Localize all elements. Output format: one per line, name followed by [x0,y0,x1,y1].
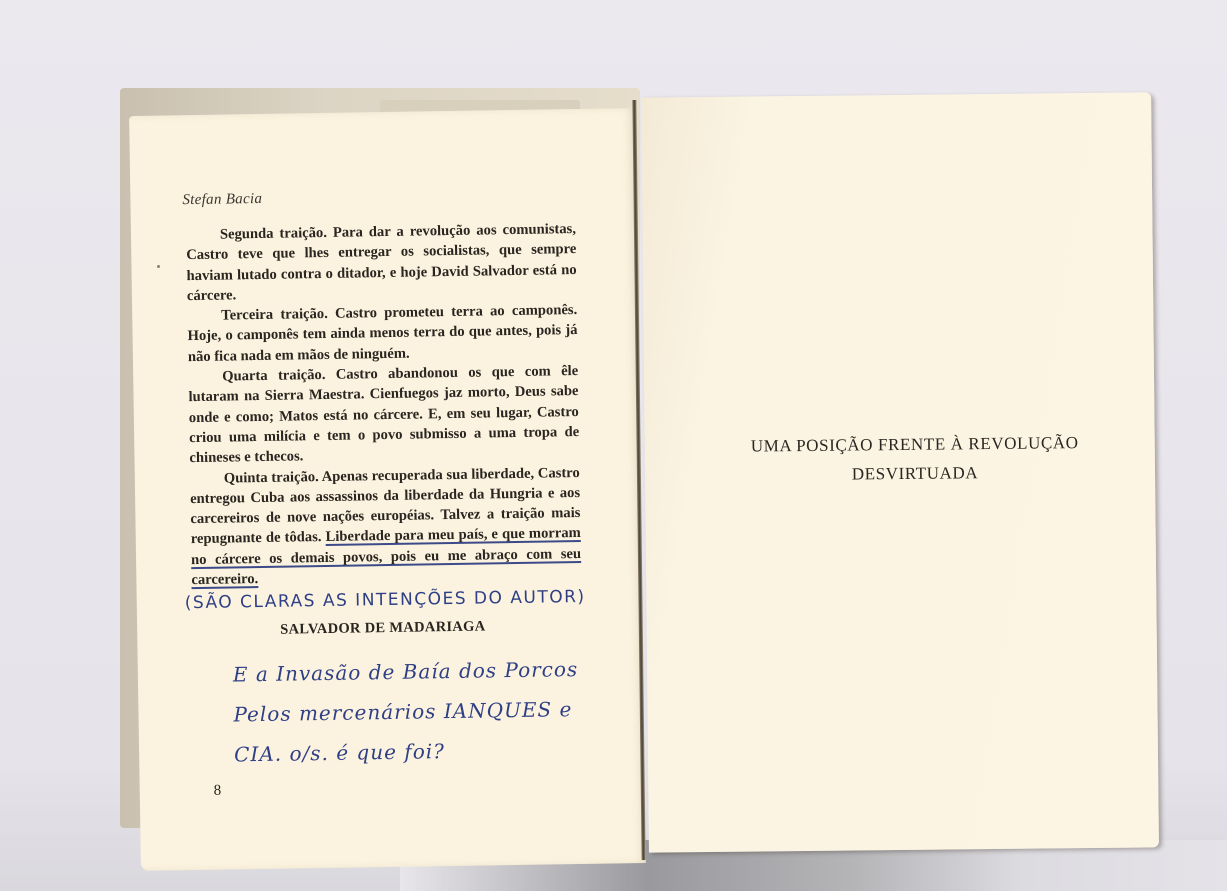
running-head-author: Stefan Bacia [182,191,262,209]
paragraph-quarta: Quarta traição. Castro abandonou os que … [188,361,580,469]
left-page: Stefan Bacia Segunda traição. Para dar a… [129,108,646,871]
body-text: Segunda traição. Para dar a revolução ao… [186,219,582,590]
handwritten-line: Pelos mercenários IANQUES e [233,689,579,734]
paragraph-terceira: Terceira traição. Castro prometeu terra … [187,300,578,367]
handwritten-line: CIA. o/s. é que foi? [234,729,580,774]
quote-attribution: SALVADOR DE MADARIAGA [280,618,486,638]
handwritten-annotation-2: E a Invasão de Baía dos Porcos Pelos mer… [233,649,580,774]
chapter-title-line-1: UMA POSIÇÃO FRENTE À REVOLUÇÃO [685,427,1145,461]
handwritten-line: E a Invasão de Baía dos Porcos [233,649,579,694]
margin-mark [157,265,160,268]
chapter-title: UMA POSIÇÃO FRENTE À REVOLUÇÃO DESVIRTUA… [685,427,1146,490]
right-page: UMA POSIÇÃO FRENTE À REVOLUÇÃO DESVIRTUA… [641,92,1159,852]
handwritten-annotation-1: (SÃO CLARAS AS INTENÇÕES DO AUTOR) [185,587,586,613]
page-number: 8 [214,783,222,800]
paragraph-segunda: Segunda traição. Para dar a revolução ao… [186,219,577,306]
chapter-title-line-2: DESVIRTUADA [685,456,1145,490]
paragraph-quinta: Quinta traição. Apenas recuperada sua li… [190,463,582,591]
